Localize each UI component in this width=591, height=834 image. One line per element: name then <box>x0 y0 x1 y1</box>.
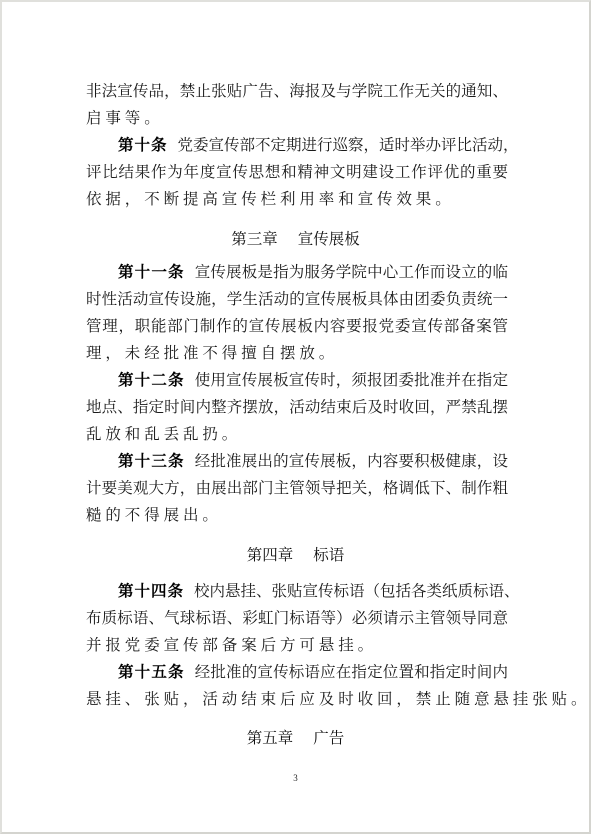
chapter-number: 第五章 <box>247 729 294 747</box>
article-12-line: 第十二条使用宣传展板宣传时，须报团委批准并在指定 <box>118 370 508 390</box>
chapter-heading: 第五章广告 <box>2 728 589 748</box>
chapter-number: 第四章 <box>247 546 294 564</box>
text-line: 依据，不断提高宣传栏利用率和宣传效果。 <box>86 189 508 209</box>
text-line: 计要美观大方，由展出部门主管领导把关，格调低下、制作粗 <box>86 478 508 498</box>
article-15-line: 第十五条经批准的宣传标语应在指定位置和指定时间内 <box>118 662 508 682</box>
chapter-title: 标语 <box>313 546 344 564</box>
document-page: 非法宣传品，禁止张贴广告、海报及与学院工作无关的通知、 启事等。 第十条党委宣传… <box>0 0 591 834</box>
article-text: 校内悬挂、张贴宣传标语（包括各类纸质标语、 <box>194 582 520 600</box>
text-line: 糙的不得展出。 <box>86 505 508 525</box>
text-line: 悬挂、张贴，活动结束后应及时收回，禁止随意悬挂张贴。 <box>86 689 508 709</box>
text-line: 乱放和乱丢乱扔。 <box>86 424 508 444</box>
article-text: 经批准的宣传标语应在指定位置和指定时间内 <box>195 663 508 681</box>
text-line: 管理，职能部门制作的宣传展板内容要报党委宣传部备案管 <box>86 316 508 336</box>
text-line: 并报党委宣传部备案后方可悬挂。 <box>86 635 508 655</box>
text-line: 评比结果作为年度宣传思想和精神文明建设工作评优的重要 <box>86 162 508 182</box>
article-13-line: 第十三条经批准展出的宣传展板，内容要积极健康，设 <box>118 451 508 471</box>
article-text: 经批准展出的宣传展板，内容要积极健康，设 <box>195 452 508 470</box>
article-label: 第十四条 <box>118 582 184 600</box>
article-text: 宣传展板是指为服务学院中心工作而设立的临 <box>195 263 508 281</box>
text-line: 地点、指定时间内整齐摆放，活动结束后及时收回，严禁乱摆 <box>86 397 508 417</box>
article-11-line: 第十一条宣传展板是指为服务学院中心工作而设立的临 <box>118 262 508 282</box>
article-label: 第十条 <box>118 136 168 154</box>
chapter-title: 广告 <box>313 729 344 747</box>
article-text: 使用宣传展板宣传时，须报团委批准并在指定 <box>195 371 508 389</box>
text-line: 理，未经批准不得擅自摆放。 <box>86 343 508 363</box>
text-line: 启事等。 <box>86 108 508 128</box>
page-number: 3 <box>2 773 589 783</box>
article-label: 第十五条 <box>118 663 185 681</box>
chapter-heading: 第三章宣传展板 <box>2 229 589 249</box>
text-line: 布质标语、气球标语、彩虹门标语等）必须请示主管领导同意 <box>86 608 508 628</box>
article-label: 第十二条 <box>118 371 185 389</box>
article-10-line: 第十条党委宣传部不定期进行巡察，适时举办评比活动， <box>118 135 508 155</box>
article-label: 第十一条 <box>118 263 185 281</box>
article-14-line: 第十四条校内悬挂、张贴宣传标语（包括各类纸质标语、 <box>118 581 508 601</box>
chapter-title: 宣传展板 <box>298 230 360 248</box>
chapter-number: 第三章 <box>231 230 278 248</box>
article-text: 党委宣传部不定期进行巡察，适时举办评比活动， <box>178 136 519 154</box>
chapter-heading: 第四章标语 <box>2 545 589 565</box>
article-label: 第十三条 <box>118 452 185 470</box>
text-line: 时性活动宣传设施，学生活动的宣传展板具体由团委负责统一 <box>86 289 508 309</box>
text-line: 非法宣传品，禁止张贴广告、海报及与学院工作无关的通知、 <box>86 81 508 101</box>
